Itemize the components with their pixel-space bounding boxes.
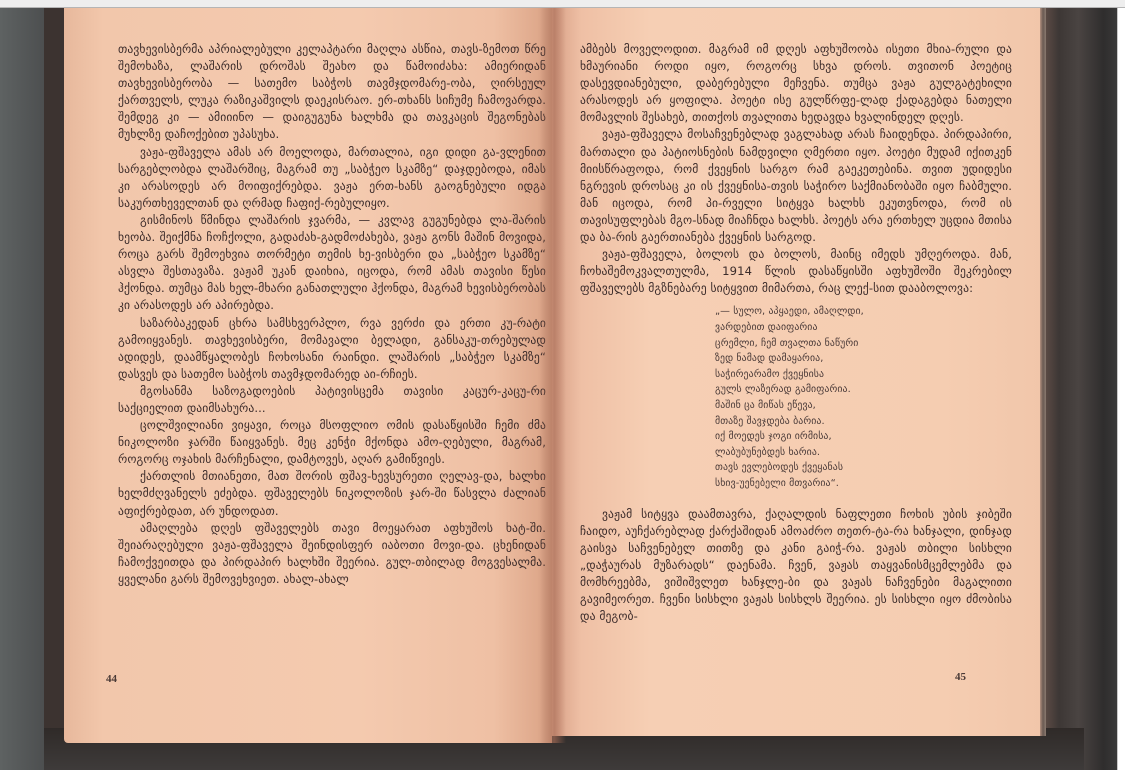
right-page-number: 45 (955, 671, 966, 683)
poem-line: სხივ-უენებელი მთვარია“. (715, 476, 1012, 492)
paragraph: მგოსანმა საზოგადოების პატივისცემა თავისი… (118, 383, 546, 417)
left-page: თავხევისბერმა აპრიალებული კელაპტარი მაღლ… (64, 8, 552, 743)
poem-line: ზედ ნამად დამაყარია, (715, 351, 1012, 367)
paragraph: ამბებს მოველოდით. მაგრამ იმ დღეს აფხუშოო… (580, 41, 1012, 126)
poem-line: იქ მოედეს ჯოგი ირმისა, (715, 429, 1012, 445)
poem-line: ლაბუბუნებდეს ხარია. (715, 445, 1012, 461)
right-page-text: ამბებს მოველოდით. მაგრამ იმ დღეს აფხუშოო… (580, 41, 1012, 625)
poem-line: ვარდებით დაიფარია (715, 320, 1012, 336)
poem-line: ცრემლი, ჩემ თვალთა ნაწური (715, 336, 1012, 352)
paragraph: ვაჟა-ფშაველა მოსაჩვენებლად ვაგლახად არას… (580, 126, 1012, 246)
paragraph: ცოლშვილიანი ვიყავი, როცა მსოფლიო ომის და… (118, 417, 546, 468)
page-stack-edge (1040, 8, 1046, 736)
poem-line: თავს ევლებოდეს ქვეყანას (715, 460, 1012, 476)
paragraph: ქართლის მთიანეთი, მათ შორის ფშავ-ხევსურე… (118, 468, 546, 519)
poem-line: საჭირეარამო ქვეყნისა (715, 367, 1012, 383)
viewer-toolbar (0, 0, 1125, 8)
poem-line: მთაზე შავჯდება ბარია. (715, 414, 1012, 430)
book-gutter (540, 8, 566, 743)
left-page-number: 44 (106, 673, 117, 685)
paragraph: ამაღლება დღეს ფშაველებს თავი მოეყარათ აფ… (118, 520, 546, 588)
poem-quote: „— სულო, აპყაედი, ამაღლდი, ვარდებით დაიფ… (715, 304, 1012, 491)
paragraph: გისმინოს წმინდა ლაშარის ჯვარმა, — კვლავ … (118, 212, 546, 315)
document-viewport[interactable]: თავხევისბერმა აპრიალებული კელაპტარი მაღლ… (0, 8, 1118, 770)
paragraph: ვაჟამ სიტყვა დაამთავრა, ქაღალდის ნაფლეთი… (580, 506, 1012, 626)
poem-line: გულს ლაზერად გამიფარია. (715, 382, 1012, 398)
right-page: ამბებს მოველოდით. მაგრამ იმ დღეს აფხუშოო… (552, 8, 1044, 736)
poem-line: „— სულო, აპყაედი, ამაღლდი, (715, 304, 1012, 320)
poem-line: მაშინ ცა მიწას ეწევა, (715, 398, 1012, 414)
book-cover-right-edge (1046, 8, 1118, 770)
paragraph: თავხევისბერმა აპრიალებული კელაპტარი მაღლ… (118, 41, 546, 144)
paragraph: საზარბაკედან ცხრა სამსხვერპლო, რვა ვერძი… (118, 315, 546, 383)
paragraph: ვაჟა-ფშაველა ამას არ მოელოდა, მართალია, … (118, 144, 546, 212)
left-page-text: თავხევისბერმა აპრიალებული კელაპტარი მაღლ… (118, 41, 546, 588)
paragraph: ვაჟა-ფშაველა, ბოლოს და ბოლოს, მაინც იმედ… (580, 246, 1012, 297)
scan-background-left (0, 8, 46, 770)
